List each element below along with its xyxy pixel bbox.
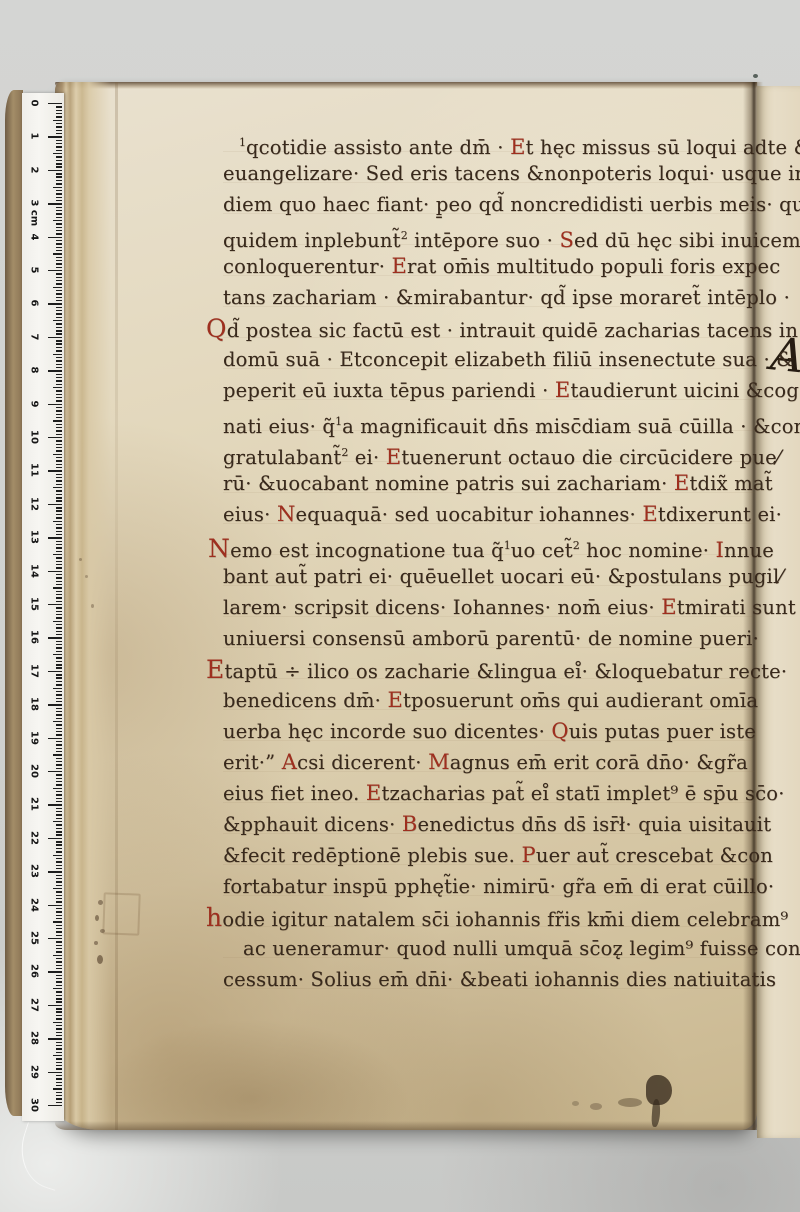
- book-cover-edge: [5, 90, 23, 1116]
- ruler-tick: [56, 724, 62, 725]
- ruler-tick: [56, 384, 62, 385]
- ruler-tick: [56, 991, 62, 992]
- ruler-tick: [56, 263, 62, 264]
- ruler-tick: [56, 567, 62, 568]
- ruler-tick: [56, 875, 62, 876]
- ruler-tick: [53, 654, 62, 655]
- ruler-tick: [56, 490, 62, 491]
- ruler-tick: [56, 551, 62, 552]
- ruler-tick: [56, 160, 62, 161]
- ink-speck: [91, 604, 94, 608]
- ruler-number-26: 26: [28, 964, 42, 979]
- ruler-tick: [48, 971, 62, 972]
- ruler-tick: [53, 1022, 62, 1023]
- ruler-tick: [56, 247, 62, 248]
- ruler-tick: [56, 928, 62, 929]
- ruler-tick: [56, 995, 62, 996]
- ink-text: intēpore suo ·: [408, 229, 560, 252]
- ruler-tick: [56, 280, 62, 281]
- ink-speck: [94, 941, 98, 945]
- manuscript-line-28: cessum· Solius em̄ dn̄i· &beati iohannis…: [223, 964, 755, 995]
- ink-text: eius fiet ineo.: [223, 782, 366, 805]
- ruler-tick: [56, 741, 62, 742]
- manuscript-line-24: &fecit redēptionē plebis sue. Puer aut̃ …: [223, 840, 755, 871]
- ruler-tick: [56, 531, 62, 532]
- ruler-tick: [56, 798, 62, 799]
- ruler-tick: [56, 1102, 62, 1103]
- ink-text: gratulabant̃: [223, 446, 341, 469]
- ruler-tick: [56, 768, 62, 769]
- ruler-tick: [56, 430, 62, 431]
- ruler-tick: [56, 116, 62, 117]
- ink-text: diem quo haec fiant· p̱eo qd̃ noncredidi…: [223, 193, 800, 216]
- ink-text: qcotidie assisto ante dm̄ ·: [246, 136, 510, 159]
- ruler-number-19: 19: [28, 730, 42, 745]
- ruler-tick: [56, 410, 62, 411]
- ruler-tick: [56, 627, 62, 628]
- ruler-tick: [48, 437, 62, 438]
- ruler-number-5: 5: [28, 263, 42, 278]
- ruler-tick: [53, 253, 62, 254]
- ruler-tick: [56, 227, 62, 228]
- ruler-tick: [56, 200, 62, 201]
- ruler-tick: [48, 804, 62, 805]
- rubric-letter: E: [366, 781, 382, 805]
- ruler-tick: [56, 791, 62, 792]
- ruler-tick: [48, 237, 62, 238]
- ruler-tick: [56, 865, 62, 866]
- text-block: 1qcotidie assisto ante dm̄ · Et hęc miss…: [223, 127, 755, 995]
- rubric-letter: B: [402, 812, 418, 836]
- ruler-tick: [56, 711, 62, 712]
- rubric-letter: E: [661, 595, 677, 619]
- ruler-tick: [56, 885, 62, 886]
- ruler-tick: [56, 130, 62, 131]
- ruler-tick: [53, 721, 62, 722]
- correction-mark: 1: [239, 136, 246, 149]
- ruler-tick: [56, 440, 62, 441]
- ruler-tick: [48, 771, 62, 772]
- rubric-letter: N: [277, 502, 296, 526]
- ruler-tick: [56, 434, 62, 435]
- ruler-number-21: 21: [28, 797, 42, 812]
- ink-text: tzacharias pat̃ ei̊ statī implet⁹ ē sp̄u…: [381, 782, 784, 805]
- ruler-tick: [56, 494, 62, 495]
- ruler-tick: [56, 517, 62, 518]
- ruler-tick: [56, 631, 62, 632]
- dark-speck: [753, 74, 758, 78]
- ruler-tick: [53, 955, 62, 956]
- ruler-tick: [56, 751, 62, 752]
- ruler-tick: [56, 584, 62, 585]
- ruler-tick: [56, 1015, 62, 1016]
- manuscript-line-13: eius· Nequaquā· sed uocabitur iohannes· …: [223, 499, 755, 530]
- ruler-tick: [56, 313, 62, 314]
- ruler-tick: [56, 427, 62, 428]
- rubric-letter: I: [716, 538, 725, 562]
- ghost-stamp-offset: [102, 892, 140, 935]
- ruler-tick: [56, 834, 62, 835]
- ruler-tick: [48, 303, 62, 304]
- ruler-tick: [56, 1018, 62, 1019]
- ink-text: bant aut̃ patri ei· quēuellet uocari eū·…: [223, 565, 783, 588]
- manuscript-line-4: quidem inplebunt̃2 intēpore suo · Sed dū…: [223, 220, 755, 251]
- ink-text: &fecit redēptionē plebis sue.: [223, 844, 521, 867]
- ruler-tick: [48, 838, 62, 839]
- ink-text: rū· &uocabant nomine patris sui zacharia…: [223, 472, 674, 495]
- ruler-tick: [56, 110, 62, 111]
- ink-speck: [85, 575, 88, 578]
- ruler-tick: [56, 307, 62, 308]
- ruler-tick: [56, 330, 62, 331]
- ruler-tick: [56, 611, 62, 612]
- ink-text: tmirati sunt: [677, 596, 796, 619]
- ruler-tick: [56, 541, 62, 542]
- ink-text: fortabatur inspū pphęt̃ie· nimirū· gr̃a …: [223, 875, 774, 898]
- ruler-tick: [56, 367, 62, 368]
- manuscript-line-12: rū· &uocabant nomine patris sui zacharia…: [223, 468, 755, 499]
- ink-speck: [97, 955, 103, 964]
- ruler-tick: [56, 1035, 62, 1036]
- ruler-tick: [48, 504, 62, 505]
- ruler-tick: [56, 918, 62, 919]
- ruler-tick: [56, 778, 62, 779]
- ruler-tick: [56, 1098, 62, 1099]
- manuscript-line-26: hodie igitur natalem sc̄i iohannis fr̃is…: [206, 902, 755, 933]
- correction-mark: 2: [573, 539, 580, 552]
- ruler-tick: [56, 814, 62, 815]
- ruler-tick: [56, 267, 62, 268]
- ruler-tick: [56, 1092, 62, 1093]
- ruler-tick: [53, 754, 62, 755]
- ruler-tick: [56, 898, 62, 899]
- ruler-tick: [56, 283, 62, 284]
- ruler-tick: [56, 417, 62, 418]
- ruler-tick: [53, 354, 62, 355]
- ruler-tick: [56, 163, 62, 164]
- rubric-letter: M: [428, 750, 450, 774]
- ruler-tick: [56, 881, 62, 882]
- ruler-tick: [53, 320, 62, 321]
- ruler-tick: [56, 891, 62, 892]
- manuscript-photo: A cm 01234567891011121314151617181920212…: [0, 0, 800, 1212]
- manuscript-line-27: ac ueneramur· quod nulli umquā sc̄oz̨ le…: [243, 933, 755, 964]
- rubric-letter: E: [510, 135, 526, 159]
- ruler-number-10: 10: [28, 430, 42, 445]
- ruler-tick: [56, 297, 62, 298]
- ruler-tick: [56, 207, 62, 208]
- ruler-number-24: 24: [28, 897, 42, 912]
- ruler-tick: [56, 597, 62, 598]
- ruler-tick: [48, 136, 62, 137]
- ruler-tick: [53, 387, 62, 388]
- ruler-tick: [56, 828, 62, 829]
- manuscript-line-15: bant aut̃ patri ei· quēuellet uocari eū·…: [223, 561, 755, 592]
- ruler-tick: [56, 861, 62, 862]
- ruler-tick: [56, 460, 62, 461]
- ruler-tick: [56, 831, 62, 832]
- ruler-tick: [48, 203, 62, 204]
- manuscript-line-10: nati eius· q̃1a magnificauit dn̄s misc̄d…: [223, 406, 755, 437]
- ruler-tick: [56, 931, 62, 932]
- rubric-letter: S: [559, 228, 574, 252]
- ruler-tick: [53, 521, 62, 522]
- ink-text: nati eius· q̃: [223, 415, 335, 438]
- ruler-tick: [53, 788, 62, 789]
- ruler-tick: [56, 180, 62, 181]
- ruler-number-6: 6: [28, 296, 42, 311]
- ruler-tick: [56, 397, 62, 398]
- ruler-tick: [56, 644, 62, 645]
- ruler-tick: [56, 824, 62, 825]
- manuscript-line-22: eius fiet ineo. Etzacharias pat̃ ei̊ sta…: [223, 778, 755, 809]
- ruler-tick: [56, 464, 62, 465]
- ruler-tick: [56, 774, 62, 775]
- ruler-tick: [56, 911, 62, 912]
- ruler-tick: [53, 688, 62, 689]
- ruler-tick: [53, 287, 62, 288]
- manuscript-line-18: Etaptū ÷ ilico os zacharie &lingua ei̊· …: [206, 654, 755, 685]
- ruler-tick: [56, 794, 62, 795]
- ink-text: eius·: [223, 503, 277, 526]
- ruler-tick: [56, 1048, 62, 1049]
- ruler-tick: [56, 684, 62, 685]
- ruler-tick: [56, 1032, 62, 1033]
- ink-text: a magnificauit dn̄s misc̄diam suā cūilla…: [342, 415, 800, 438]
- ruler-tick: [56, 574, 62, 575]
- rubric-letter: Q: [206, 314, 227, 343]
- ruler-number-2: 2: [28, 162, 42, 177]
- ruler-tick: [56, 1045, 62, 1046]
- ruler-tick: [48, 738, 62, 739]
- ruler-tick: [48, 404, 62, 405]
- ruler-tick: [56, 510, 62, 511]
- ink-speck: [79, 558, 82, 561]
- manuscript-line-1: 1qcotidie assisto ante dm̄ · Et hęc miss…: [239, 127, 755, 158]
- ruler-number-0: 0: [28, 96, 42, 111]
- ruler-tick: [56, 1025, 62, 1026]
- ruler-tick: [56, 958, 62, 959]
- manuscript-line-11: gratulabant̃2 ei· Etuenerunt octauo die …: [223, 437, 755, 468]
- ruler-tick: [56, 343, 62, 344]
- ink-text: nnue: [724, 539, 774, 562]
- ruler-tick: [56, 534, 62, 535]
- ruler-tick: [48, 470, 62, 471]
- ruler-tick: [56, 150, 62, 151]
- ruler-tick: [56, 1058, 62, 1059]
- ink-text: csi dicerent·: [297, 751, 428, 774]
- ruler-number-17: 17: [28, 663, 42, 678]
- manuscript-line-17: uniuersi consensū amborū parentū· de nom…: [223, 623, 755, 654]
- ruler-tick: [56, 698, 62, 699]
- ruler-tick: [56, 230, 62, 231]
- ruler-number-28: 28: [28, 1031, 42, 1046]
- rubric-letter: E: [392, 254, 408, 278]
- ruler-tick: [56, 424, 62, 425]
- ruler-tick: [56, 277, 62, 278]
- ruler-tick: [56, 1008, 62, 1009]
- ruler-tick: [56, 377, 62, 378]
- ruler-tick: [56, 514, 62, 515]
- ruler-number-3: 3: [28, 196, 42, 211]
- ruler-tick: [56, 217, 62, 218]
- ink-text: emo est incognatione tua q̃: [230, 539, 504, 562]
- ruler-tick: [56, 784, 62, 785]
- rubric-letter: N: [208, 534, 230, 563]
- ruler-tick: [56, 764, 62, 765]
- ink-text: rat om̄is multitudo populi foris expec: [407, 255, 780, 278]
- ruler-tick: [56, 1062, 62, 1063]
- ink-text: taptū ÷ ilico os zacharie &lingua ei̊· &…: [224, 660, 787, 683]
- manuscript-line-25: fortabatur inspū pphęt̃ie· nimirū· gr̃a …: [223, 871, 755, 902]
- ruler-tick: [56, 210, 62, 211]
- correction-mark: 1: [504, 539, 511, 552]
- ruler-tick: [48, 337, 62, 338]
- ruler-tick: [56, 113, 62, 114]
- manuscript-line-9: peperit eū iuxta tēpus pariendi · Etaudi…: [223, 375, 755, 406]
- ruler-tick: [56, 677, 62, 678]
- ruler-tick: [56, 651, 62, 652]
- ruler-tick: [56, 317, 62, 318]
- ruler-tick: [56, 624, 62, 625]
- ruler-tick: [48, 1072, 62, 1073]
- rubric-letter: E: [642, 502, 658, 526]
- ruler-tick: [56, 801, 62, 802]
- ruler-tick: [56, 591, 62, 592]
- rubric-letter: E: [386, 445, 402, 469]
- ruler-tick: [56, 557, 62, 558]
- ruler-tick: [56, 748, 62, 749]
- ruler-tick: [56, 811, 62, 812]
- ruler-tick: [56, 1075, 62, 1076]
- ruler-tick: [56, 467, 62, 468]
- ruler-tick: [56, 260, 62, 261]
- ink-text: ac ueneramur· quod nulli umquā sc̄oz̨ le…: [243, 937, 800, 960]
- ruler-tick: [56, 581, 62, 582]
- ruler-tick: [56, 143, 62, 144]
- ink-text: larem· scripsit dicens· Iohannes· nom̄ e…: [223, 596, 661, 619]
- ruler-tick: [56, 641, 62, 642]
- ruler-number-1: 1: [28, 129, 42, 144]
- ruler-tick: [56, 681, 62, 682]
- ruler-tick: [53, 621, 62, 622]
- ruler-tick: [56, 407, 62, 408]
- ruler-tick: [56, 848, 62, 849]
- ruler-tick: [53, 888, 62, 889]
- ruler-tick: [56, 908, 62, 909]
- ruler-tick: [56, 634, 62, 635]
- ruler-tick: [56, 190, 62, 191]
- ink-smear: [590, 1103, 602, 1110]
- ruler-tick: [48, 1005, 62, 1006]
- ink-speck: [98, 900, 103, 905]
- ruler-tick: [56, 1085, 62, 1086]
- ruler-tick: [48, 671, 62, 672]
- ruler-tick: [56, 941, 62, 942]
- ruler-tick: [56, 981, 62, 982]
- ruler-tick: [56, 323, 62, 324]
- ruler-tick: [56, 564, 62, 565]
- ruler-tick: [56, 851, 62, 852]
- ruler-tick: [56, 694, 62, 695]
- ruler-tick: [53, 187, 62, 188]
- ruler-tick: [56, 708, 62, 709]
- ruler-number-27: 27: [28, 997, 42, 1012]
- ruler-number-16: 16: [28, 630, 42, 645]
- ruler-tick: [48, 938, 62, 939]
- ruler-tick: [48, 370, 62, 371]
- manuscript-line-14: Nemo est incognatione tua q̃1uo cet̃2 ho…: [208, 530, 755, 561]
- ruler-tick: [56, 400, 62, 401]
- ink-text: uerba hęc incorde suo dicentes·: [223, 720, 551, 743]
- ruler-tick: [56, 667, 62, 668]
- ruler-tick: [56, 714, 62, 715]
- ruler-tick: [56, 213, 62, 214]
- ruler-tick: [56, 607, 62, 608]
- ruler-tick: [56, 808, 62, 809]
- ink-blot: [646, 1075, 672, 1105]
- rubric-letter: E: [674, 471, 690, 495]
- ruler-tick: [56, 243, 62, 244]
- ruler-tick: [56, 457, 62, 458]
- ink-text: enedictus dn̄s ds̄ isr̄ł· quia uisitauit: [418, 813, 772, 836]
- rubric-letter: A: [282, 750, 297, 774]
- ruler-number-14: 14: [28, 563, 42, 578]
- ruler: cm 0123456789101112131415161718192021222…: [22, 93, 64, 1121]
- ink-text: tuenerunt octauo die circūcidere pue⁄: [401, 446, 780, 469]
- ruler-tick: [56, 340, 62, 341]
- ruler-tick: [56, 935, 62, 936]
- ruler-tick: [53, 988, 62, 989]
- ruler-tick: [56, 647, 62, 648]
- ruler-tick: [53, 821, 62, 822]
- ruler-tick: [56, 998, 62, 999]
- ruler-tick: [56, 447, 62, 448]
- ruler-tick: [53, 855, 62, 856]
- ink-text: conloquerentur·: [223, 255, 392, 278]
- ruler-tick: [56, 333, 62, 334]
- ruler-tick: [56, 561, 62, 562]
- ruler-tick: [53, 1055, 62, 1056]
- manuscript-line-16: larem· scripsit dicens· Iohannes· nom̄ e…: [223, 592, 755, 623]
- ruler-tick: [56, 250, 62, 251]
- ruler-tick: [56, 290, 62, 291]
- ruler-number-20: 20: [28, 764, 42, 779]
- ruler-tick: [56, 657, 62, 658]
- ruler-tick: [48, 170, 62, 171]
- ink-text: euangelizare· Sed eris tacens &nonpoteri…: [223, 162, 800, 185]
- ruler-tick: [56, 497, 62, 498]
- manuscript-line-23: &pphauit dicens· Benedictus dn̄s ds̄ isr…: [223, 809, 755, 840]
- ruler-tick: [56, 1082, 62, 1083]
- ruler-tick: [53, 587, 62, 588]
- ruler-tick: [56, 197, 62, 198]
- manuscript-line-19: benedicens dm̄· Etposuerunt om̄s qui aud…: [223, 685, 755, 716]
- ruler-tick: [48, 270, 62, 271]
- ruler-tick: [48, 1038, 62, 1039]
- ruler-tick: [56, 948, 62, 949]
- ruler-tick: [56, 617, 62, 618]
- manuscript-line-2: euangelizare· Sed eris tacens &nonpoteri…: [223, 158, 755, 189]
- ink-text: tdix̃ mat̃: [689, 472, 772, 495]
- ink-text: taudierunt uicini &cog: [570, 379, 799, 402]
- ruler-tick: [56, 1068, 62, 1069]
- ruler-tick: [53, 554, 62, 555]
- ruler-number-7: 7: [28, 329, 42, 344]
- ruler-tick: [56, 901, 62, 902]
- ruler-tick: [56, 744, 62, 745]
- ink-text: &pphauit dicens·: [223, 813, 402, 836]
